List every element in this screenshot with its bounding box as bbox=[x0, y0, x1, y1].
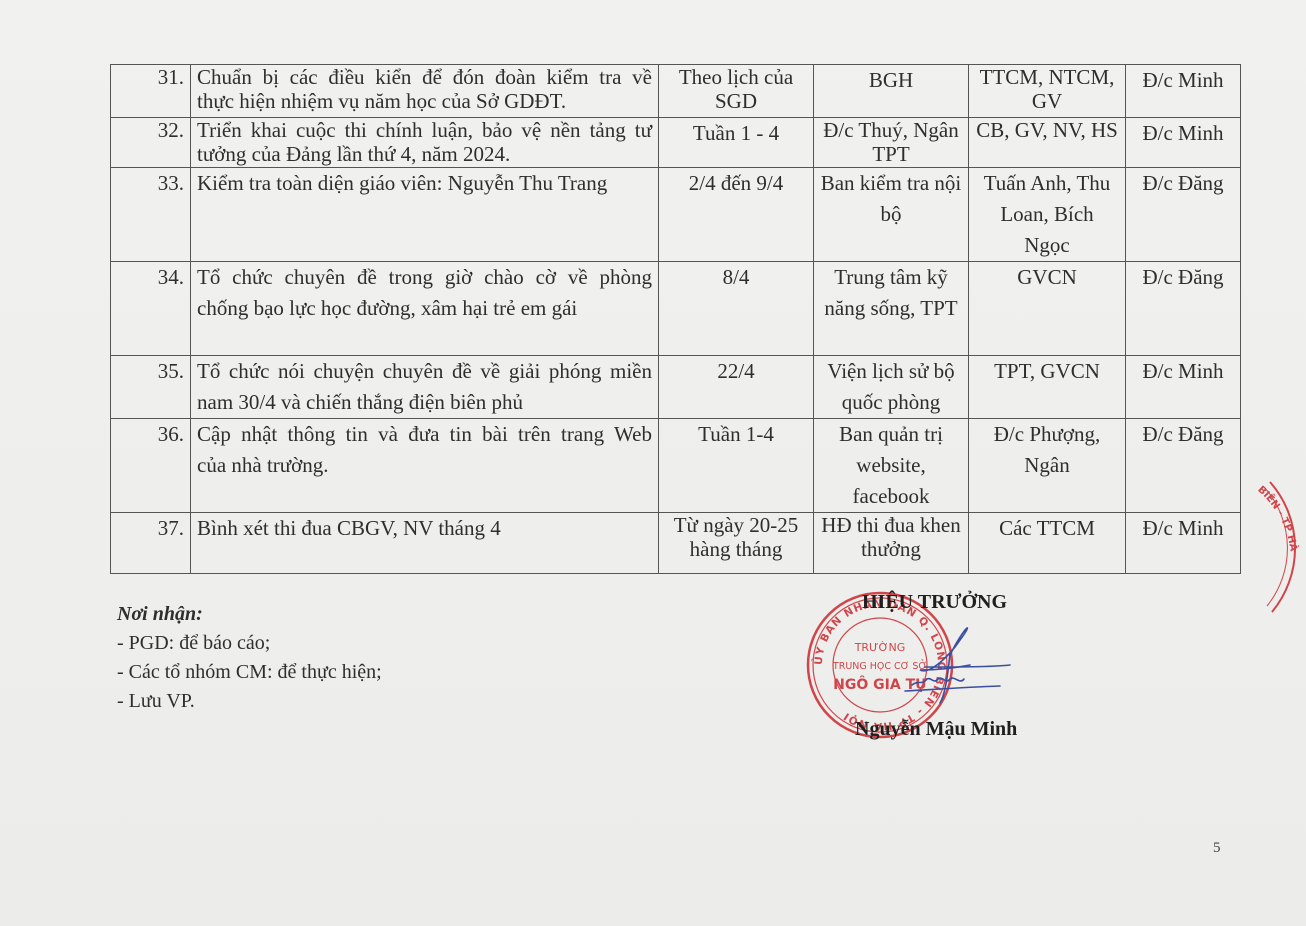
task-line: Kiểm tra toàn diện giáo viên: Nguyễn Thu… bbox=[197, 168, 652, 199]
time-cell: 8/4 bbox=[659, 262, 814, 356]
row-number: 36. bbox=[111, 419, 191, 513]
responsible-unit-cell: HĐ thi đua khen thưởng bbox=[814, 513, 969, 574]
task-line: Bình xét thi đua CBGV, NV tháng 4 bbox=[197, 513, 652, 544]
plan-table: 31.Chuẩn bị các điều kiển để đón đoàn ki… bbox=[110, 64, 1241, 574]
recipients-block: Nơi nhận: - PGD: để báo cáo; - Các tổ nh… bbox=[117, 600, 382, 716]
participants-cell: GVCN bbox=[969, 262, 1126, 356]
table-row: 32.Triển khai cuộc thi chính luận, bảo v… bbox=[111, 118, 1241, 168]
row-number: 33. bbox=[111, 168, 191, 262]
row-number: 32. bbox=[111, 118, 191, 168]
task-description: Tổ chức nói chuyện chuyên đề về giải phó… bbox=[191, 356, 659, 419]
signature-title: HIỆU TRƯỞNG bbox=[862, 591, 1007, 614]
table-row: 35.Tổ chức nói chuyện chuyên đề về giải … bbox=[111, 356, 1241, 419]
participants-cell: Tuấn Anh, Thu Loan, Bích Ngọc bbox=[969, 168, 1126, 262]
responsible-unit-cell: Viện lịch sử bộ quốc phòng bbox=[814, 356, 969, 419]
task-description: Tổ chức chuyên đề trong giờ chào cờ về p… bbox=[191, 262, 659, 356]
edge-stamp-icon: BIÊN - TP HÀ bbox=[1240, 478, 1306, 618]
task-description: Triển khai cuộc thi chính luận, bảo vệ n… bbox=[191, 118, 659, 168]
responsible-unit-cell: Đ/c Thuý, Ngân TPT bbox=[814, 118, 969, 168]
task-description: Bình xét thi đua CBGV, NV tháng 4 bbox=[191, 513, 659, 574]
task-line: của nhà trường. bbox=[197, 450, 652, 481]
task-line: tưởng của Đảng lần thứ 4, năm 2024. bbox=[197, 142, 652, 166]
recipient-item: - PGD: để báo cáo; bbox=[117, 629, 382, 658]
lead-cell: Đ/c Minh bbox=[1126, 513, 1241, 574]
task-line: Tổ chức nói chuyện chuyên đề về giải phó… bbox=[197, 356, 652, 387]
task-line: Cập nhật thông tin và đưa tin bài trên t… bbox=[197, 419, 652, 450]
responsible-unit-cell: Trung tâm kỹ năng sống, TPT bbox=[814, 262, 969, 356]
lead-cell: Đ/c Minh bbox=[1126, 118, 1241, 168]
participants-cell: TTCM, NTCM, GV bbox=[969, 65, 1126, 118]
signatory-name: Nguyễn Mậu Minh bbox=[855, 718, 1017, 741]
table-row: 36.Cập nhật thông tin và đưa tin bài trê… bbox=[111, 419, 1241, 513]
row-number: 37. bbox=[111, 513, 191, 574]
participants-cell: TPT, GVCN bbox=[969, 356, 1126, 419]
responsible-unit-cell: Ban quản trị website, facebook bbox=[814, 419, 969, 513]
table-row: 31.Chuẩn bị các điều kiển để đón đoàn ki… bbox=[111, 65, 1241, 118]
time-cell: 22/4 bbox=[659, 356, 814, 419]
task-line: thực hiện nhiệm vụ năm học của Sở GDĐT. bbox=[197, 89, 652, 113]
task-description: Cập nhật thông tin và đưa tin bài trên t… bbox=[191, 419, 659, 513]
table-row: 34.Tổ chức chuyên đề trong giờ chào cờ v… bbox=[111, 262, 1241, 356]
time-cell: Tuần 1-4 bbox=[659, 419, 814, 513]
participants-cell: CB, GV, NV, HS bbox=[969, 118, 1126, 168]
recipient-item: - Lưu VP. bbox=[117, 687, 382, 716]
time-cell: Tuần 1 - 4 bbox=[659, 118, 814, 168]
task-description: Kiểm tra toàn diện giáo viên: Nguyễn Thu… bbox=[191, 168, 659, 262]
lead-cell: Đ/c Minh bbox=[1126, 356, 1241, 419]
task-line: chống bạo lực học đường, xâm hại trẻ em … bbox=[197, 293, 652, 324]
time-cell: 2/4 đến 9/4 bbox=[659, 168, 814, 262]
row-number: 31. bbox=[111, 65, 191, 118]
table-row: 33.Kiểm tra toàn diện giáo viên: Nguyễn … bbox=[111, 168, 1241, 262]
table-row: 37.Bình xét thi đua CBGV, NV tháng 4Từ n… bbox=[111, 513, 1241, 574]
time-cell: Từ ngày 20-25 hàng tháng bbox=[659, 513, 814, 574]
time-cell: Theo lịch của SGD bbox=[659, 65, 814, 118]
recipient-item: - Các tổ nhóm CM: để thực hiện; bbox=[117, 658, 382, 687]
participants-cell: Các TTCM bbox=[969, 513, 1126, 574]
responsible-unit-cell: BGH bbox=[814, 65, 969, 118]
row-number: 35. bbox=[111, 356, 191, 419]
lead-cell: Đ/c Minh bbox=[1126, 65, 1241, 118]
row-number: 34. bbox=[111, 262, 191, 356]
responsible-unit-cell: Ban kiểm tra nội bộ bbox=[814, 168, 969, 262]
lead-cell: Đ/c Đăng bbox=[1126, 262, 1241, 356]
task-line: Chuẩn bị các điều kiển để đón đoàn kiểm … bbox=[197, 65, 652, 89]
lead-cell: Đ/c Đăng bbox=[1126, 168, 1241, 262]
task-description: Chuẩn bị các điều kiển để đón đoàn kiểm … bbox=[191, 65, 659, 118]
recipients-title: Nơi nhận: bbox=[117, 600, 382, 629]
lead-cell: Đ/c Đăng bbox=[1126, 419, 1241, 513]
participants-cell: Đ/c Phượng, Ngân bbox=[969, 419, 1126, 513]
page-number: 5 bbox=[1213, 840, 1221, 857]
task-line: nam 30/4 và chiến thắng điện biên phủ bbox=[197, 387, 652, 418]
signature-block: ỦY BAN NHÂN DÂN Q. LONG BIÊN - TP HÀ NỘI… bbox=[800, 585, 1100, 755]
svg-text:BIÊN - TP HÀ: BIÊN - TP HÀ bbox=[1255, 484, 1300, 552]
document-page: 31.Chuẩn bị các điều kiển để đón đoàn ki… bbox=[0, 0, 1306, 926]
task-line: Triển khai cuộc thi chính luận, bảo vệ n… bbox=[197, 118, 652, 142]
task-line: Tổ chức chuyên đề trong giờ chào cờ về p… bbox=[197, 262, 652, 293]
